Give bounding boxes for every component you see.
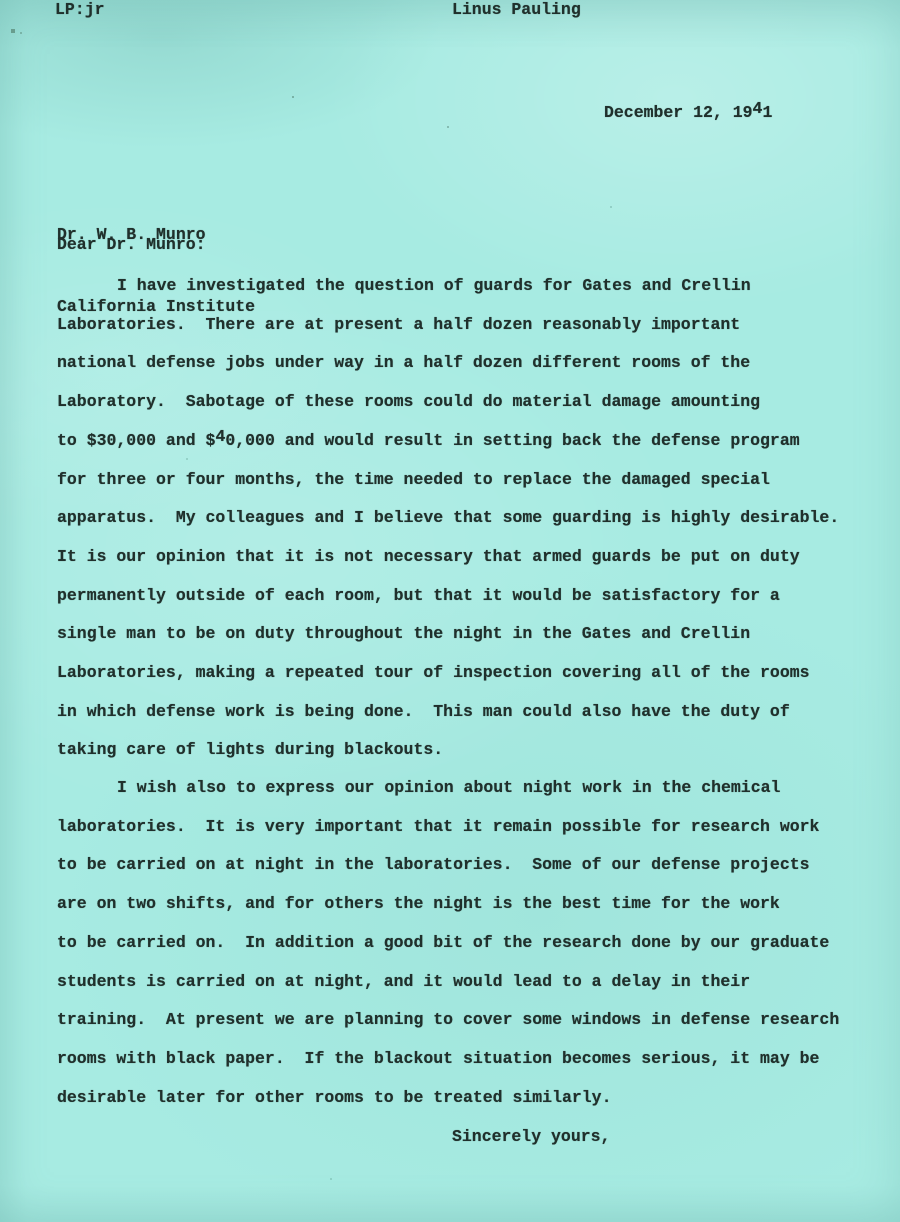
letter-line: It is our opinion that it is not necessa… [57, 538, 839, 577]
letter-line: apparatus. My colleagues and I believe t… [57, 499, 839, 538]
letter-line: desirable later for other rooms to be tr… [57, 1079, 839, 1118]
letter-line: students is carried on at night, and it … [57, 963, 839, 1002]
paper-specks [0, 0, 2, 2]
letter-line: Laboratories, making a repeated tour of … [57, 654, 839, 693]
letter-line: in which defense work is being done. Thi… [57, 693, 839, 732]
letter-line: to be carried on at night in the laborat… [57, 846, 839, 885]
letter-line: Laboratories. There are at present a hal… [57, 306, 839, 345]
letter-line: rooms with black paper. If the blackout … [57, 1040, 839, 1079]
letter-line: I wish also to express our opinion about… [57, 769, 839, 808]
date-raised-digit: 4 [753, 99, 763, 118]
letter-line: Laboratory. Sabotage of these rooms coul… [57, 383, 839, 422]
letter-date: December 12, 1941 [604, 103, 772, 122]
body-paragraph-1: I have investigated the question of guar… [57, 267, 839, 770]
letter-paper: December 12, 1941 Dr. W. B. Munro Califo… [0, 0, 900, 1222]
signature-name: Linus Pauling [452, 0, 581, 19]
date-text: December 12, 19 [604, 103, 753, 122]
date-text-end: 1 [762, 103, 772, 122]
signature-row: LP:jr Linus Pauling [0, 0, 900, 24]
letter-line: laboratories. It is very important that … [57, 808, 839, 847]
letter-line: permanently outside of each room, but th… [57, 577, 839, 616]
letter-line: single man to be on duty throughout the … [57, 615, 839, 654]
letter-line: national defense jobs under way in a hal… [57, 344, 839, 383]
body-paragraph-2: I wish also to express our opinion about… [57, 769, 839, 1117]
closing-phrase: Sincerely yours, [452, 1127, 610, 1146]
letter-line: I have investigated the question of guar… [57, 267, 839, 306]
letter-line: to $30,000 and $40,000 and would result … [57, 422, 839, 461]
letter-line: training. At present we are planning to … [57, 1001, 839, 1040]
salutation: Dear Dr. Munro: [57, 235, 206, 254]
typist-initials: LP:jr [55, 0, 105, 19]
letter-line: for three or four months, the time neede… [57, 461, 839, 500]
letter-line: to be carried on. In addition a good bit… [57, 924, 839, 963]
letter-line: taking care of lights during blackouts. [57, 731, 839, 770]
letter-line: are on two shifts, and for others the ni… [57, 885, 839, 924]
